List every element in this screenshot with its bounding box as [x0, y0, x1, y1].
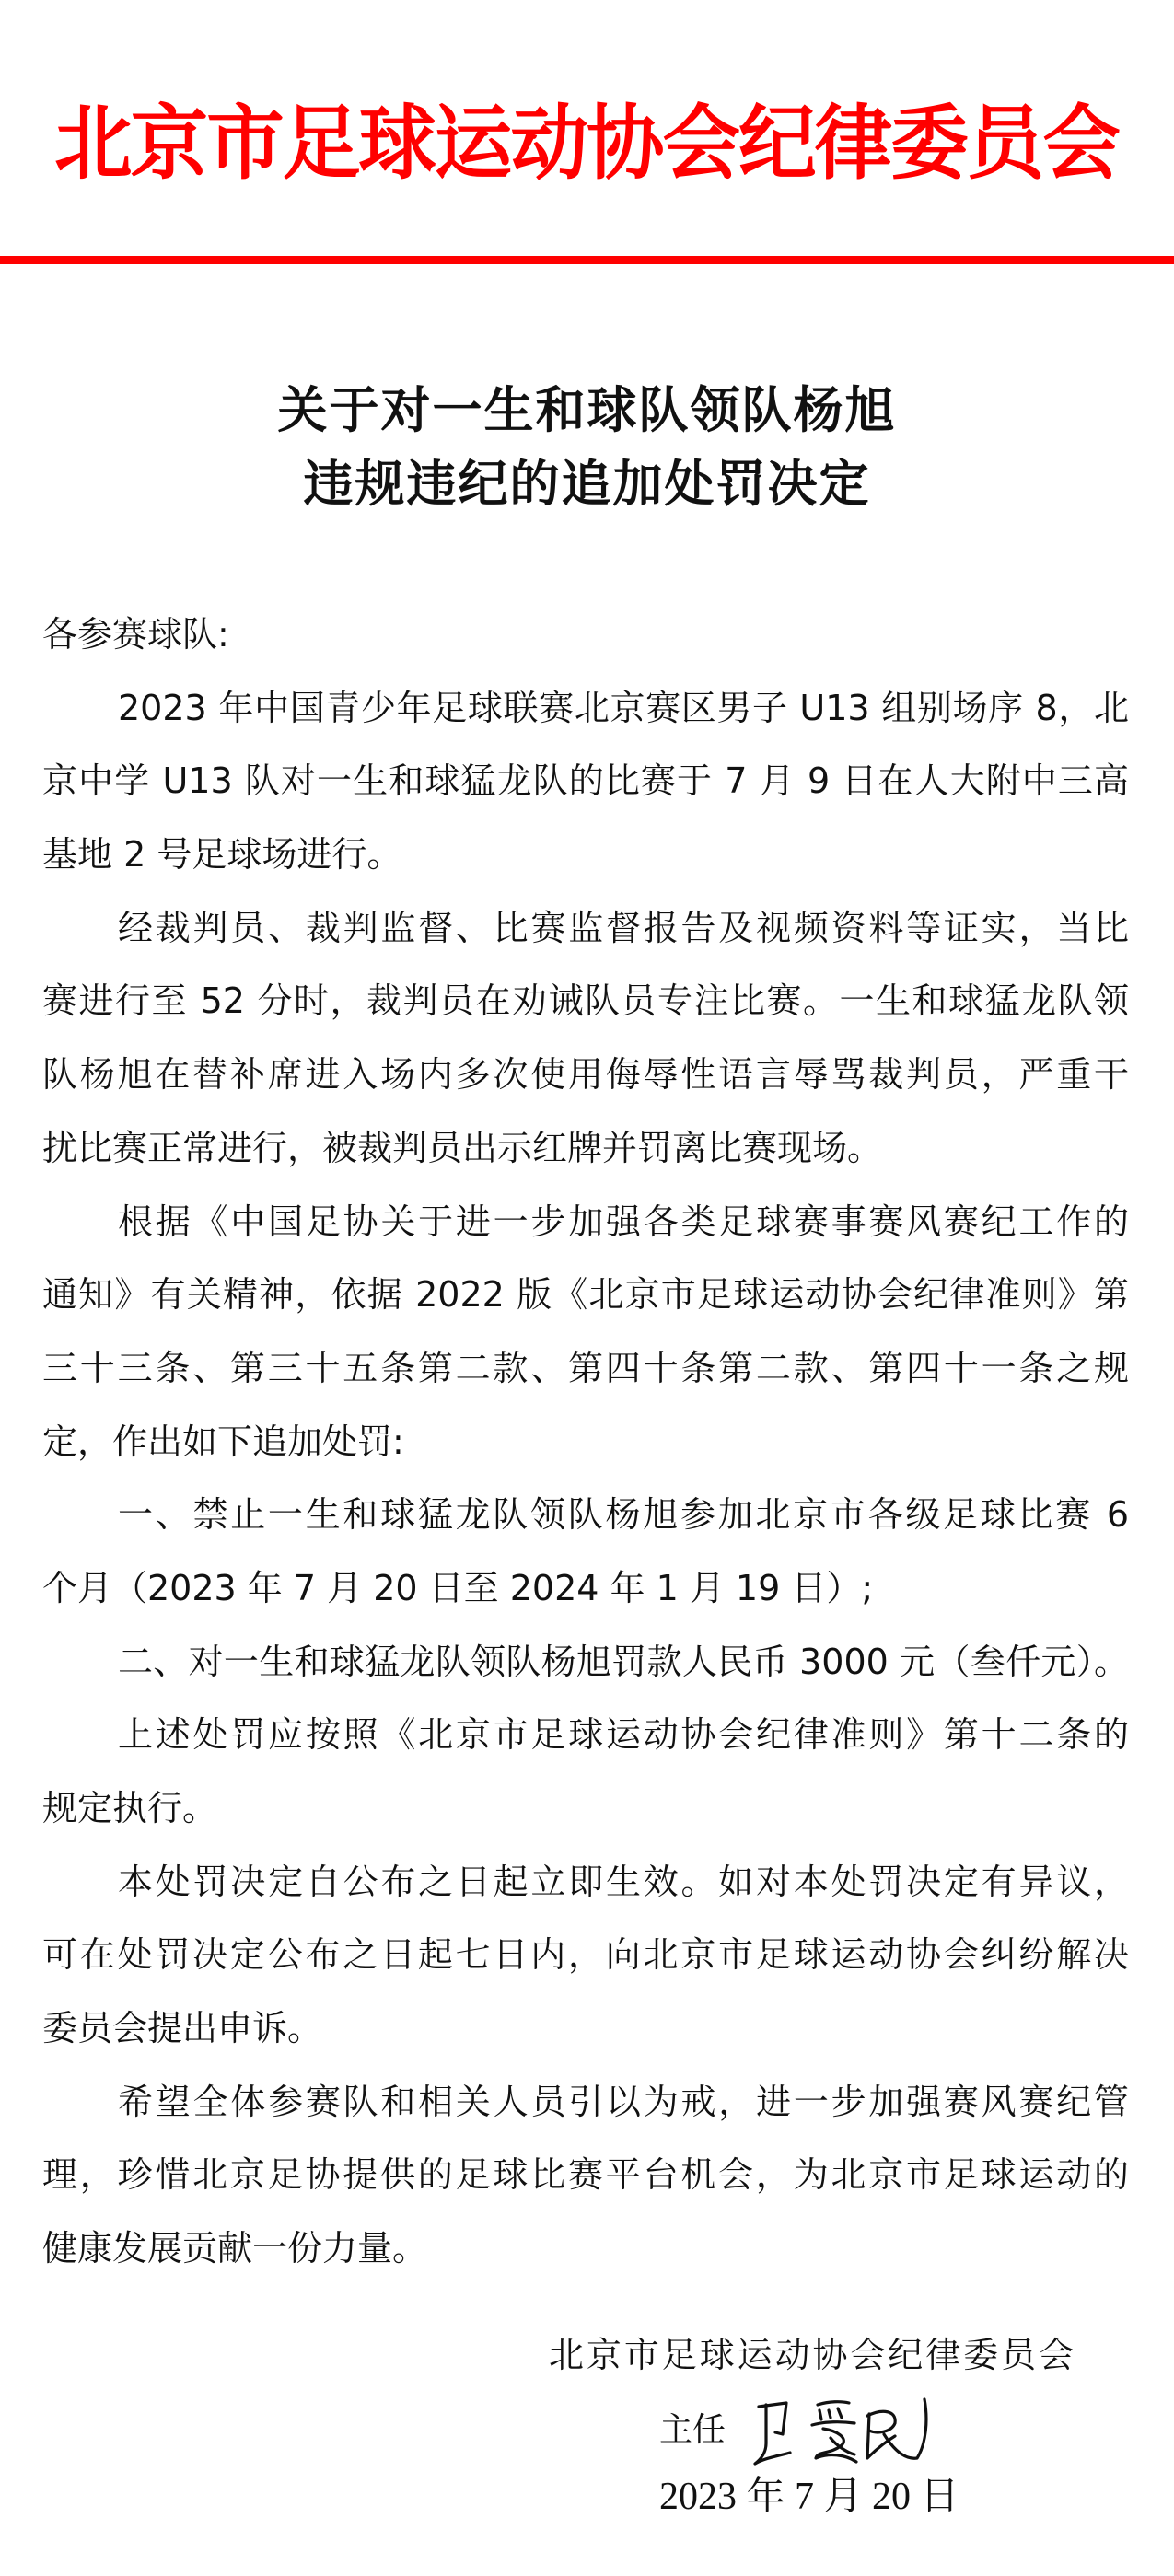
paragraph-2-line: 经裁判员、裁判监督、比赛监督报告及视频资料等证实，当比 — [42, 892, 1129, 966]
paragraph-1-line: 基地 2 号足球场进行。 — [42, 818, 1129, 892]
document-title: 关于对一生和球队领队杨旭 违规违纪的追加处罚决定 — [0, 373, 1174, 520]
paragraph-3-line: 通知》有关精神，依据 2022 版《北京市足球运动协会纪律准则》第 — [42, 1259, 1129, 1332]
letterhead-org-name: 北京市足球运动协会纪律委员会 — [55, 92, 1120, 193]
appeal-paragraph-line: 可在处罚决定公布之日起七日内，向北京市足球运动协会纠纷解决 — [42, 1919, 1129, 1992]
paragraph-3-line: 定，作出如下追加处罚: — [42, 1406, 1129, 1479]
document-title-line-2: 违规违纪的追加处罚决定 — [0, 447, 1174, 520]
document-body: 各参赛球队: 2023 年中国青少年足球联赛北京赛区男子 U13 组别场序 8，… — [42, 598, 1129, 2286]
penalty-item-1-line: 个月（2023 年 7 月 20 日至 2024 年 1 月 19 日）; — [42, 1552, 1129, 1626]
penalty-item-2-line: 二、对一生和球猛龙队领队杨旭罚款人民币 3000 元（叁仟元）。 — [42, 1626, 1129, 1700]
signature-row: 主任 — [659, 2394, 954, 2477]
handwritten-signature-icon — [746, 2397, 936, 2471]
execution-paragraph-line: 规定执行。 — [42, 1772, 1129, 1846]
document-title-line-1: 关于对一生和球队领队杨旭 — [0, 373, 1174, 447]
signatory-title: 主任 — [659, 2410, 726, 2451]
paragraph-1-line: 2023 年中国青少年足球联赛北京赛区男子 U13 组别场序 8，北 — [42, 672, 1129, 746]
paragraph-2-line: 赛进行至 52 分时，裁判员在劝诫队员专注比赛。一生和球猛龙队领 — [42, 965, 1129, 1039]
signature-date: 2023 年 7 月 20 日 — [659, 2473, 959, 2521]
letterhead-red-rule — [0, 256, 1174, 264]
penalty-item-1-line: 一、禁止一生和球猛龙队领队杨旭参加北京市各级足球比赛 6 — [42, 1479, 1129, 1552]
execution-paragraph-line: 上述处罚应按照《北京市足球运动协会纪律准则》第十二条的 — [42, 1699, 1129, 1772]
paragraph-2-line: 队杨旭在替补席进入场内多次使用侮辱性语言辱骂裁判员，严重干 — [42, 1039, 1129, 1112]
paragraph-1-line: 京中学 U13 队对一生和球猛龙队的比赛于 7 月 9 日在人大附中三高 — [42, 745, 1129, 818]
paragraph-2-line: 扰比赛正常进行，被裁判员出示红牌并罚离比赛现场。 — [42, 1112, 1129, 1186]
appeal-paragraph-line: 本处罚决定自公布之日起立即生效。如对本处罚决定有异议， — [42, 1846, 1129, 1920]
letterhead: 北京市足球运动协会纪律委员会 — [0, 92, 1174, 193]
salutation: 各参赛球队: — [42, 598, 1129, 672]
closing-paragraph-line: 理，珍惜北京足协提供的足球比赛平台机会，为北京市足球运动的 — [42, 2139, 1129, 2212]
paragraph-3-line: 根据《中国足协关于进一步加强各类足球赛事赛风赛纪工作的 — [42, 1186, 1129, 1259]
signature-org-name: 北京市足球运动协会纪律委员会 — [549, 2329, 1074, 2381]
appeal-paragraph-line: 委员会提出申诉。 — [42, 1992, 1129, 2066]
closing-paragraph-line: 希望全体参赛队和相关人员引以为戒，进一步加强赛风赛纪管 — [42, 2066, 1129, 2140]
closing-paragraph-line: 健康发展贡献一份力量。 — [42, 2212, 1129, 2286]
paragraph-3-line: 三十三条、第三十五条第二款、第四十条第二款、第四十一条之规 — [42, 1332, 1129, 1406]
